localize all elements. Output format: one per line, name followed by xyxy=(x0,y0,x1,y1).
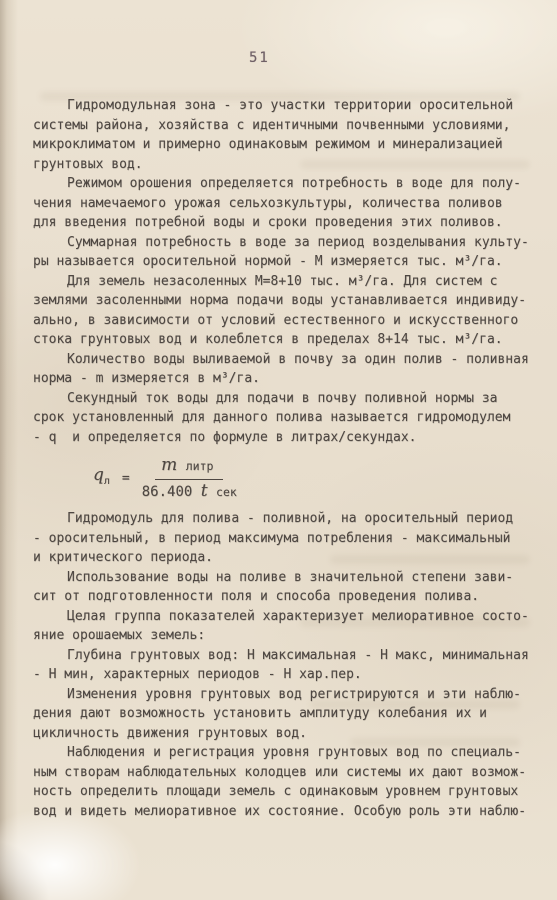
text-line: Количество воды выливаемой в почву за од… xyxy=(33,350,537,370)
text-line: Суммарная потребность в воде за период в… xyxy=(33,233,537,253)
formula-hydromodule: qл = m литр 86.400 t сек xyxy=(93,456,537,502)
text-line: и критического периода. xyxy=(33,548,537,568)
formula-denominator-label: сек xyxy=(216,485,237,499)
text-line: землями засоленными норма подачи воды ус… xyxy=(33,291,537,311)
text-line: чения намечаемого урожая сельхозкультуры… xyxy=(33,194,537,214)
text-line: Целая группа показателей характеризует м… xyxy=(33,607,537,627)
text-line: стока грунтовых вод и колеблется в преде… xyxy=(33,330,537,350)
text-line: Использование воды на поливе в значитель… xyxy=(33,568,537,588)
text-line: - Н мин, характерных периодов - Н хар.пе… xyxy=(33,665,537,685)
text-line: ным створам наблюдательных колодцев или … xyxy=(33,763,537,783)
text-line: Секундный ток воды для подачи в почву по… xyxy=(33,389,537,409)
equals-sign: = xyxy=(122,469,130,489)
text-line: Гидромодульная зона - это участки террит… xyxy=(33,96,537,116)
text-line: грунтовых вод. xyxy=(33,155,537,175)
page-body: Гидромодульная зона - это участки террит… xyxy=(33,96,537,821)
text-line: системы района, хозяйства с идентичными … xyxy=(33,116,537,136)
text-line: ры называется оросительной нормой - М из… xyxy=(33,252,537,272)
formula-denominator: 86.400 t сек xyxy=(142,480,237,503)
text-line: Наблюдения и регистрация уровня грунтовы… xyxy=(33,743,537,763)
page-number: 51 xyxy=(249,50,270,66)
formula-q-symbol: q xyxy=(93,465,104,485)
text-line: ность определить площади земель с одинак… xyxy=(33,782,537,802)
text-line: Гидромодуль для полива - поливной, на ор… xyxy=(33,509,537,529)
formula-lhs: qл xyxy=(93,466,110,491)
formula-t-symbol: t xyxy=(201,481,208,501)
text-line: Глубина грунтовых вод: Н максимальная - … xyxy=(33,646,537,666)
text-line: микроклиматом и примерно одинаковым режи… xyxy=(33,135,537,155)
text-line: Для земель незасоленных М=8+10 тыс. м³/г… xyxy=(33,272,537,292)
text-line: Изменения уровня грунтовых вод регистрир… xyxy=(33,685,537,705)
text-line: Режимом орошения определяется потребност… xyxy=(33,174,537,194)
text-line: цикличность движения грунтовых вод. xyxy=(33,724,537,744)
formula-numerator-label: литр xyxy=(186,459,214,473)
text-line: норма - m измеряется в м³/га. xyxy=(33,369,537,389)
body-top: Гидромодульная зона - это участки террит… xyxy=(33,96,537,447)
text-line: яние орошаемых земель: xyxy=(33,626,537,646)
text-line: сит от подготовленности поля и способа п… xyxy=(33,587,537,607)
formula-m-symbol: m xyxy=(161,455,177,475)
body-bottom: Гидромодуль для полива - поливной, на ор… xyxy=(33,509,537,821)
text-line: для введения потребной воды и сроки пров… xyxy=(33,213,537,233)
formula-q-subscript: л xyxy=(104,476,110,487)
text-line: срок установленный для данного полива на… xyxy=(33,408,537,428)
text-line: ально, в зависимости от условий естестве… xyxy=(33,311,537,331)
formula-numerator: m литр xyxy=(155,456,223,480)
formula-fraction: m литр 86.400 t сек xyxy=(142,456,237,502)
text-line: - оросительный, в период максимума потре… xyxy=(33,529,537,549)
text-line: вод и видеть мелиоративное их состояние.… xyxy=(33,802,537,822)
formula-coefficient: 86.400 xyxy=(142,484,193,500)
text-line: дения дают возможность установить амплит… xyxy=(33,704,537,724)
text-line: - q и определяется по формуле в литрах/с… xyxy=(33,428,537,448)
